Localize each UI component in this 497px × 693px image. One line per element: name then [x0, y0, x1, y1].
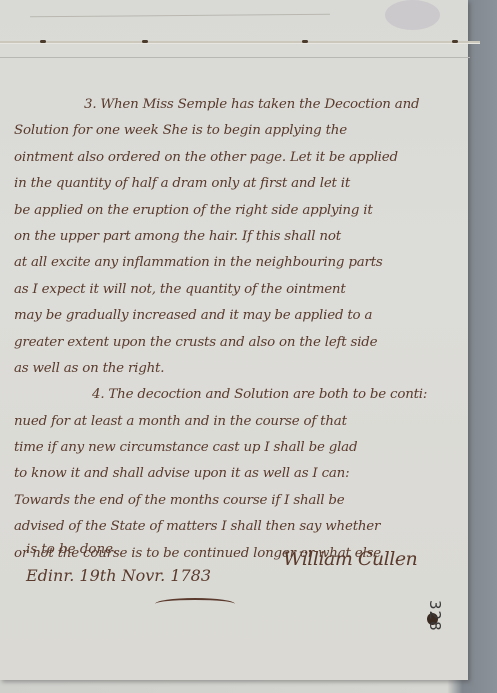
text-line: Solution for one week She is to begin ap…	[14, 118, 444, 144]
binding-hole	[302, 40, 308, 43]
fold-line	[0, 41, 480, 44]
text-line: 4. The decoction and Solution are both t…	[14, 382, 444, 408]
text-line: at all excite any inflammation in the ne…	[14, 250, 444, 276]
text-line: on the upper part among the hair. If thi…	[14, 224, 444, 250]
text-line: in the quantity of half a dram only at f…	[14, 171, 444, 197]
letter-body: 3. When Miss Semple has taken the Decoct…	[14, 92, 444, 567]
signature: William Cullen	[283, 548, 417, 570]
binding-hole	[40, 40, 46, 43]
text-line: ointment also ordered on the other page.…	[14, 145, 444, 171]
letter-date: Edinr. 19th Novr. 1783	[26, 566, 211, 585]
binding-hole	[142, 40, 148, 43]
text-line: as well as on the right.	[14, 356, 444, 382]
crease-line	[30, 14, 330, 18]
text-line: time if any new circumstance cast up I s…	[14, 435, 444, 461]
text-line: to know it and shall advise upon it as w…	[14, 461, 444, 487]
closing-line: is to be done.	[26, 542, 117, 557]
text-line: greater extent upon the crusts and also …	[14, 330, 444, 356]
text-line: as I expect it will not, the quantity of…	[14, 277, 444, 303]
folio-number: 328	[426, 600, 444, 632]
text-line: advised of the State of matters I shall …	[14, 514, 444, 540]
binding-hole	[452, 40, 458, 43]
date-flourish	[155, 598, 235, 610]
paper-stain	[385, 0, 440, 30]
text-line: may be gradually increased and it may be…	[14, 303, 444, 329]
crease-line	[0, 57, 470, 58]
text-line: Towards the end of the months course if …	[14, 488, 444, 514]
letter-page: 3. When Miss Semple has taken the Decoct…	[0, 0, 468, 680]
text-line: be applied on the eruption of the right …	[14, 198, 444, 224]
text-line: nued for at least a month and in the cou…	[14, 409, 444, 435]
text-line: 3. When Miss Semple has taken the Decoct…	[14, 92, 444, 118]
